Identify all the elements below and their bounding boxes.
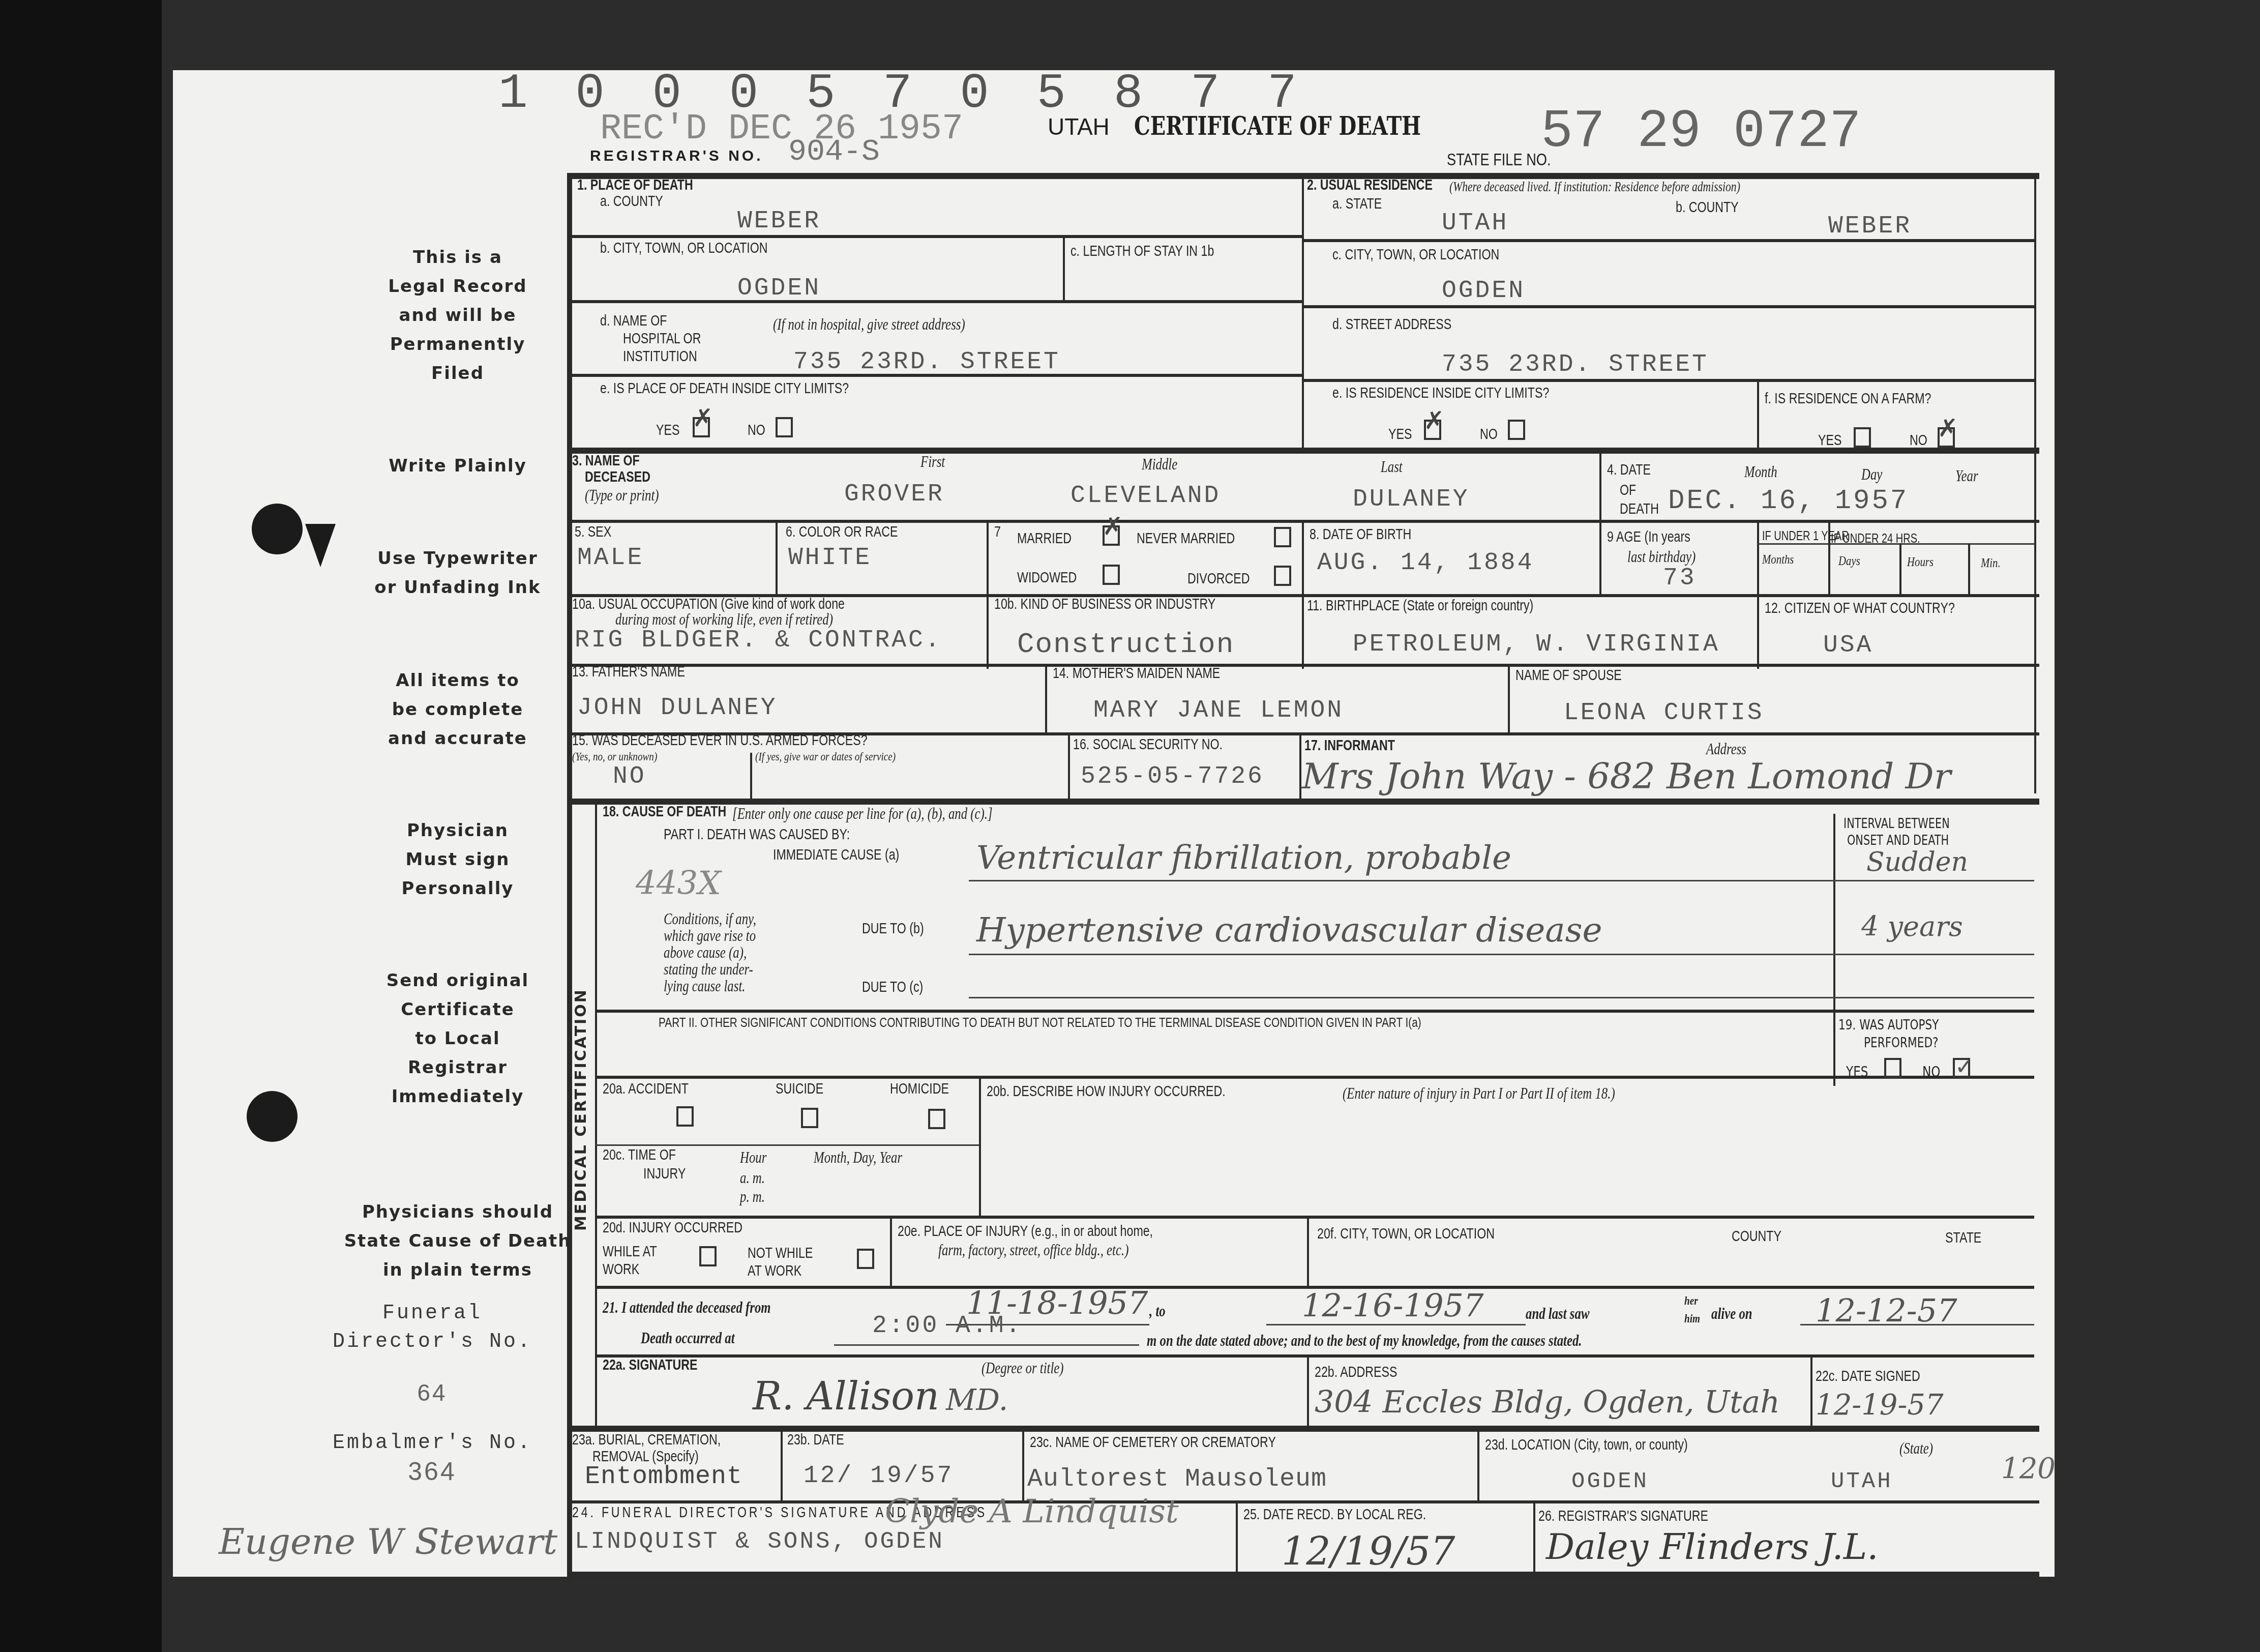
row-line: [570, 799, 2039, 805]
embalmer-no-label: Embalmer's No.: [315, 1429, 549, 1458]
hospital-value[interactable]: 735 23RD. STREET: [793, 348, 1060, 376]
divider-interval: [1833, 814, 1835, 1086]
row-line: [595, 1216, 2034, 1219]
am-label: a. m.: [740, 1169, 765, 1187]
divider: [1307, 1356, 1309, 1427]
accident-label: 20a. ACCIDENT: [603, 1081, 689, 1098]
form-top-border: [570, 173, 2039, 179]
medical-inner-border: [595, 804, 597, 1427]
conditions-note: Conditions, if any,which gave rise toabo…: [664, 910, 756, 994]
time-injury-label-1: 20c. TIME OF: [603, 1147, 676, 1164]
mother-value[interactable]: MARY JANE LEMON: [1093, 697, 1344, 724]
no-label: NO: [748, 422, 765, 439]
note-physician-sign: PhysicianMust signPersonally: [346, 816, 570, 903]
autopsy-no-checkbox[interactable]: [1953, 1058, 1970, 1078]
suicide-checkbox[interactable]: [801, 1108, 818, 1128]
res-inside-city-yes-checkbox[interactable]: [1424, 420, 1441, 440]
place-of-death-label: 1. PLACE OF DEATH: [577, 177, 693, 194]
injury-county-label: COUNTY: [1732, 1228, 1781, 1245]
note-complete: All items tobe completeand accurate: [346, 666, 570, 753]
usual-residence-note: (Where deceased lived. If institution: R…: [1449, 179, 1740, 195]
usual-residence-label: 2. USUAL RESIDENCE: [1307, 177, 1433, 194]
attended-to-value[interactable]: 12-16-1957: [1302, 1287, 1483, 1324]
married-label: MARRIED: [1017, 530, 1072, 547]
cemetery-label: 23c. NAME OF CEMETERY OR CREMATORY: [1030, 1434, 1276, 1451]
spouse-value[interactable]: LEONA CURTIS: [1564, 699, 1764, 727]
alive-on-label: alive on: [1711, 1305, 1752, 1323]
place-injury-label-2: farm, factory, street, office bldg., etc…: [938, 1241, 1128, 1259]
note-write-plainly: Write Plainly: [346, 452, 570, 481]
physician-address-value[interactable]: 304 Eccles Bldg, Ogden, Utah: [1315, 1384, 1780, 1420]
res-state-value[interactable]: UTAH: [1442, 210, 1508, 237]
homicide-label: HOMICIDE: [890, 1081, 949, 1098]
injury-city-label: 20f. CITY, TOWN, OR LOCATION: [1317, 1226, 1495, 1243]
note-plain-terms: Physicians shouldState Cause of Deathin …: [331, 1198, 585, 1285]
row-line: [595, 1144, 979, 1146]
note-legal-record: This is aLegal Recordand will bePermanen…: [346, 243, 570, 388]
row-line: [595, 1076, 2034, 1079]
sex-label: 5. SEX: [575, 524, 611, 541]
punch-hole-top: [252, 504, 303, 554]
divider: [776, 521, 778, 595]
funeral-director-value[interactable]: LINDQUIST & SONS, OGDEN: [575, 1528, 944, 1555]
middle-name-label: Middle: [1142, 455, 1177, 474]
name-label-1: 3. NAME OF: [572, 453, 640, 469]
death-inside-city-no-checkbox[interactable]: [776, 417, 793, 437]
middle-name-value[interactable]: CLEVELAND: [1070, 482, 1221, 510]
received-stamp: REC'D DEC 26 1957: [600, 109, 963, 150]
immediate-cause-label: IMMEDIATE CAUSE (a): [773, 847, 899, 864]
row-line: [570, 1426, 2039, 1432]
due-to-b-label: DUE TO (b): [862, 921, 924, 937]
divider: [781, 1428, 783, 1502]
cemetery-value[interactable]: Aultorest Mausoleum: [1027, 1465, 1327, 1494]
line-b: [969, 954, 2034, 955]
divider: [890, 1217, 892, 1287]
widowed-label: WIDOWED: [1017, 570, 1077, 586]
days-label: Days: [1838, 553, 1860, 569]
autopsy-no-label: NO: [1922, 1063, 1941, 1080]
autopsy-label-1: 19. WAS AUTOPSY: [1838, 1017, 1939, 1033]
res-city-label: c. CITY, TOWN, OR LOCATION: [1332, 247, 1499, 263]
min-label: Min.: [1981, 555, 2001, 571]
death-statement: m on the date stated above; and to the b…: [1147, 1332, 1582, 1350]
divider-stay: [1063, 237, 1065, 300]
part2-label: PART II. OTHER SIGNIFICANT CONDITIONS CO…: [659, 1015, 1421, 1030]
widowed-checkbox[interactable]: [1103, 565, 1120, 585]
hospital-label-3: INSTITUTION: [623, 348, 697, 365]
due-to-b-value[interactable]: Hypertensive cardiovascular disease: [976, 910, 1602, 950]
funeral-director-no-label: FuneralDirector's No.: [315, 1300, 549, 1356]
armed-forces-sub2: (If yes, give war or dates of service): [755, 750, 896, 764]
divider-farm: [1757, 380, 1759, 449]
dod-label-2: OF: [1620, 482, 1636, 499]
first-name-value[interactable]: GROVER: [844, 481, 944, 508]
no-label: NO: [1910, 432, 1927, 449]
farm-yes-checkbox[interactable]: [1854, 427, 1871, 448]
row-line: [595, 1354, 2034, 1358]
divider: [1810, 1356, 1812, 1427]
row-line: [1302, 239, 2034, 242]
death-inside-city-yes-checkbox[interactable]: [693, 417, 710, 437]
margin-note: 120: [2001, 1452, 2056, 1485]
physician-signature[interactable]: R. Allison: [753, 1373, 939, 1419]
mdy-label: Month, Day, Year: [814, 1148, 902, 1167]
sex-value[interactable]: MALE: [577, 544, 644, 572]
registrar-signature[interactable]: Daley Flinders J.L.: [1546, 1526, 1878, 1568]
funeral-director-no-value: 64: [315, 1378, 549, 1407]
dod-label-3: DEATH: [1620, 501, 1659, 518]
row-line: [1302, 379, 2034, 382]
registrar-sig-label: 26. REGISTRAR'S SIGNATURE: [1538, 1508, 1708, 1525]
divider: [1045, 665, 1047, 734]
date-recd-label: 25. DATE RECD. BY LOCAL REG.: [1243, 1507, 1426, 1523]
punch-notch: [305, 524, 336, 567]
length-of-stay-label: c. LENGTH OF STAY IN 1b: [1070, 243, 1214, 260]
row-line: [570, 1500, 2039, 1503]
dob-label: 8. DATE OF BIRTH: [1310, 526, 1411, 543]
inside-city-label: e. IS PLACE OF DEATH INSIDE CITY LIMITS?: [600, 380, 849, 397]
row-line: [570, 664, 2039, 667]
injury-describe-note: (Enter nature of injury in Part I or Par…: [1343, 1084, 1615, 1103]
yes-label: YES: [1818, 432, 1841, 449]
line-time: [834, 1344, 1139, 1346]
farm-no-checkbox[interactable]: [1938, 427, 1955, 448]
res-inside-city-label: e. IS RESIDENCE INSIDE CITY LIMITS?: [1332, 385, 1549, 402]
not-while-at-work-checkbox[interactable]: [857, 1249, 874, 1269]
row-line: [570, 300, 1302, 303]
age-label-1: 9 AGE (In years: [1607, 529, 1690, 546]
divider: [1533, 1502, 1535, 1573]
death-occurred-label: Death occurred at: [641, 1329, 735, 1347]
date-recd-value[interactable]: 12/19/57: [1282, 1528, 1455, 1574]
state-file-no-value: 57 29 0727: [1541, 102, 1861, 162]
last-name-value[interactable]: DULANEY: [1353, 486, 1470, 513]
married-checkbox[interactable]: [1103, 525, 1120, 546]
death-city-value[interactable]: OGDEN: [737, 275, 821, 302]
divider: [750, 753, 752, 804]
armed-forces-sub1: (Yes, no, or unknown): [572, 750, 657, 764]
pm-label: p. m.: [740, 1188, 765, 1206]
yes-label: YES: [1388, 426, 1412, 443]
burial-value[interactable]: Entombment: [585, 1462, 742, 1491]
medical-certification-label: MEDICAL CERTIFICATION: [572, 988, 590, 1231]
autopsy-yes-checkbox[interactable]: [1884, 1058, 1901, 1078]
hospital-label-1: d. NAME OF: [600, 313, 667, 330]
months-label: Months: [1762, 552, 1794, 567]
note-send-original: Send originalCertificateto LocalRegistra…: [346, 966, 570, 1111]
part1-label: PART I. DEATH WAS CAUSED BY:: [664, 827, 850, 843]
industry-value[interactable]: Construction: [1017, 628, 1234, 661]
res-county-value[interactable]: WEBER: [1828, 213, 1912, 240]
date-signed-label: 22c. DATE SIGNED: [1816, 1368, 1920, 1385]
location-city-value[interactable]: OGDEN: [1571, 1469, 1649, 1494]
cause-code: 443X: [636, 865, 721, 902]
res-inside-city-no-checkbox[interactable]: [1508, 420, 1525, 440]
farm-label: f. IS RESIDENCE ON A FARM?: [1765, 391, 1931, 407]
death-county-value[interactable]: WEBER: [737, 208, 821, 235]
last-saw-label: and last saw: [1526, 1305, 1589, 1323]
form-right-border: [2034, 173, 2036, 793]
due-to-c-label: DUE TO (c): [862, 979, 923, 996]
time-injury-label-2: INJURY: [643, 1166, 686, 1183]
accident-checkbox[interactable]: [676, 1106, 694, 1127]
while-work-label-2: WORK: [603, 1261, 639, 1278]
physician-degree[interactable]: MD.: [946, 1382, 1008, 1417]
last-saw-value[interactable]: 12-12-57: [1816, 1292, 1957, 1329]
hour-label: Hour: [740, 1148, 766, 1167]
year-label: Year: [1955, 467, 1978, 485]
citizen-value[interactable]: USA: [1823, 632, 1873, 659]
him-label: him: [1684, 1312, 1700, 1326]
burial-label-1: 23a. BURIAL, CREMATION,: [572, 1432, 721, 1449]
location-label: 23d. LOCATION (City, town, or county): [1485, 1437, 1688, 1454]
divider-dod: [1599, 450, 1601, 521]
interval-label-2: ONSET AND DEATH: [1847, 833, 1949, 848]
embalmer-signature: Eugene W Stewart: [219, 1521, 557, 1562]
father-label: 13. FATHER'S NAME: [572, 664, 685, 681]
cause-of-death-label: 18. CAUSE OF DEATH: [603, 804, 726, 820]
date-signed-value[interactable]: 12-19-57: [1816, 1389, 1944, 1422]
not-while-work-label-1: NOT WHILE: [748, 1245, 813, 1262]
place-injury-label-1: 20e. PLACE OF INJURY (e.g., in or about …: [898, 1223, 1153, 1240]
spouse-label: NAME OF SPOUSE: [1515, 667, 1622, 684]
row-line: [1302, 305, 2034, 308]
injury-state-label: STATE: [1945, 1230, 1981, 1247]
under-24-hrs-label: IF UNDER 24 HRS.: [1831, 532, 1920, 546]
autopsy-yes-label: YES: [1846, 1063, 1868, 1080]
interval-b-value[interactable]: 4 years: [1861, 910, 1963, 942]
citizen-label: 12. CITIZEN OF WHAT COUNTRY?: [1765, 600, 1955, 617]
father-value[interactable]: JOHN DULANEY: [577, 694, 778, 722]
age-value[interactable]: 73: [1663, 565, 1697, 592]
to-label: , to: [1149, 1302, 1166, 1320]
cause-of-death-note: [Enter only one cause per line for (a), …: [732, 805, 993, 823]
divider: [1508, 665, 1510, 734]
ssn-label: 16. SOCIAL SECURITY NO.: [1073, 736, 1223, 753]
hours-label: Hours: [1907, 554, 1934, 570]
day-label: Day: [1861, 465, 1882, 484]
divider: [1068, 734, 1070, 803]
homicide-checkbox[interactable]: [928, 1109, 945, 1129]
death-county-label: a. COUNTY: [600, 193, 663, 210]
degree-label: (Degree or title): [982, 1359, 1064, 1377]
death-time-value[interactable]: 2:00 A.M.: [872, 1312, 1022, 1340]
divorced-checkbox[interactable]: [1274, 566, 1291, 586]
location-state-value[interactable]: UTAH: [1831, 1469, 1893, 1494]
divider: [1299, 734, 1301, 803]
location-state-label: (State): [1899, 1439, 1933, 1458]
marital-number: 7: [994, 524, 1001, 541]
date-of-birth-value[interactable]: AUG. 14, 1884: [1317, 549, 1534, 577]
immediate-cause-value[interactable]: Ventricular fibrillation, probable: [976, 839, 1511, 877]
hospital-note: (If not in hospital, give street address…: [773, 315, 965, 334]
funeral-director-signature[interactable]: Clyde A Lindquist: [885, 1493, 1179, 1530]
yes-label: YES: [656, 422, 679, 439]
first-name-label: First: [920, 453, 945, 471]
divider: [979, 1077, 981, 1217]
attended-label: 21. I attended the deceased from: [603, 1299, 771, 1317]
her-label: her: [1684, 1294, 1698, 1308]
divider: [1599, 521, 1601, 595]
armed-forces-value[interactable]: NO: [613, 763, 646, 790]
divorced-label: DIVORCED: [1187, 571, 1250, 587]
age-label-2: last birthday): [1627, 548, 1696, 566]
never-married-checkbox[interactable]: [1274, 527, 1291, 547]
interval-label-1: INTERVAL BETWEEN: [1843, 816, 1950, 832]
month-label: Month: [1744, 463, 1777, 481]
injury-describe-label: 20b. DESCRIBE HOW INJURY OCCURRED.: [987, 1083, 1226, 1100]
name-label-2: DECEASED: [585, 469, 650, 486]
line-a: [969, 880, 2034, 881]
form-left-border: [567, 173, 572, 1582]
informant-value[interactable]: Mrs John Way - 682 Ben Lomond Dr: [1302, 755, 1951, 797]
row-line: [570, 235, 1302, 238]
race-label: 6. COLOR OR RACE: [786, 524, 898, 541]
line-c: [969, 997, 2034, 998]
not-while-work-label-2: AT WORK: [748, 1263, 801, 1280]
birthplace-value[interactable]: PETROLEUM, W. VIRGINIA: [1353, 631, 1720, 658]
last-name-label: Last: [1381, 458, 1403, 476]
certificate-title: CERTIFICATE OF DEATH: [1134, 111, 1421, 141]
res-street-value[interactable]: 735 23RD. STREET: [1442, 351, 1709, 378]
while-at-work-checkbox[interactable]: [699, 1246, 717, 1266]
address-label: 22b. ADDRESS: [1315, 1364, 1397, 1381]
mother-label: 14. MOTHER'S MAIDEN NAME: [1053, 665, 1220, 682]
registrar-no-label: REGISTRAR'S NO.: [590, 147, 763, 165]
birthplace-label: 11. BIRTHPLACE (State or foreign country…: [1307, 598, 1533, 614]
line-to: [1266, 1324, 1526, 1325]
row-line: [595, 1010, 2034, 1013]
autopsy-label-2: PERFORMED?: [1864, 1035, 1939, 1051]
res-county-label: b. COUNTY: [1676, 199, 1739, 216]
title-prefix: UTAH: [1048, 113, 1110, 140]
while-work-label-1: WHILE AT: [603, 1244, 657, 1260]
divider: [1899, 543, 1901, 595]
divider: [1022, 1428, 1024, 1502]
divider: [1236, 1502, 1238, 1573]
ssn-value[interactable]: 525-05-7726: [1081, 763, 1264, 790]
embalmer-no-value: 364: [315, 1457, 549, 1486]
punch-hole-bottom: [247, 1091, 298, 1142]
divider-1-2: [1302, 175, 1304, 450]
divider: [1477, 1428, 1479, 1502]
scanner-edge: [0, 0, 162, 1652]
divider: [1968, 543, 1970, 595]
armed-forces-label: 15. WAS DECEASED EVER IN U.S. ARMED FORC…: [572, 732, 868, 749]
industry-label: 10b. KIND OF BUSINESS OR INDUSTRY: [994, 596, 1215, 613]
res-state-label: a. STATE: [1332, 196, 1382, 213]
injury-occurred-label: 20d. INJURY OCCURRED: [603, 1220, 742, 1236]
race-value[interactable]: WHITE: [788, 544, 872, 572]
disposition-date-label: 23b. DATE: [787, 1432, 844, 1449]
occupation-value[interactable]: RIG BLDGER. & CONTRAC.: [575, 627, 942, 654]
res-city-value[interactable]: OGDEN: [1442, 277, 1525, 305]
name-label-3: (Type or print): [585, 486, 659, 505]
suicide-label: SUICIDE: [776, 1081, 823, 1098]
state-file-no-label: STATE FILE NO.: [1447, 150, 1551, 170]
informant-label: 17. INFORMANT: [1304, 737, 1395, 754]
dod-label-1: 4. DATE: [1607, 462, 1651, 479]
no-label: NO: [1480, 426, 1498, 443]
hospital-label-2: HOSPITAL OR: [623, 331, 701, 347]
never-married-label: NEVER MARRIED: [1137, 530, 1235, 547]
disposition-date-value[interactable]: 12/ 19/57: [804, 1462, 954, 1490]
date-of-death-value[interactable]: DEC. 16, 1957: [1668, 486, 1909, 517]
row-line: [570, 520, 2039, 523]
res-street-label: d. STREET ADDRESS: [1332, 316, 1451, 333]
occupation-label-2: during most of working life, even if ret…: [615, 610, 833, 629]
registrar-no-value: 904-S: [788, 135, 880, 169]
interval-a-value[interactable]: Sudden: [1866, 847, 1968, 877]
divider: [1307, 1217, 1309, 1287]
note-typewriter: Use Typewriteror Unfading Ink: [346, 544, 570, 602]
death-city-label: b. CITY, TOWN, OR LOCATION: [600, 240, 768, 257]
signature-label: 22a. SIGNATURE: [603, 1357, 698, 1374]
